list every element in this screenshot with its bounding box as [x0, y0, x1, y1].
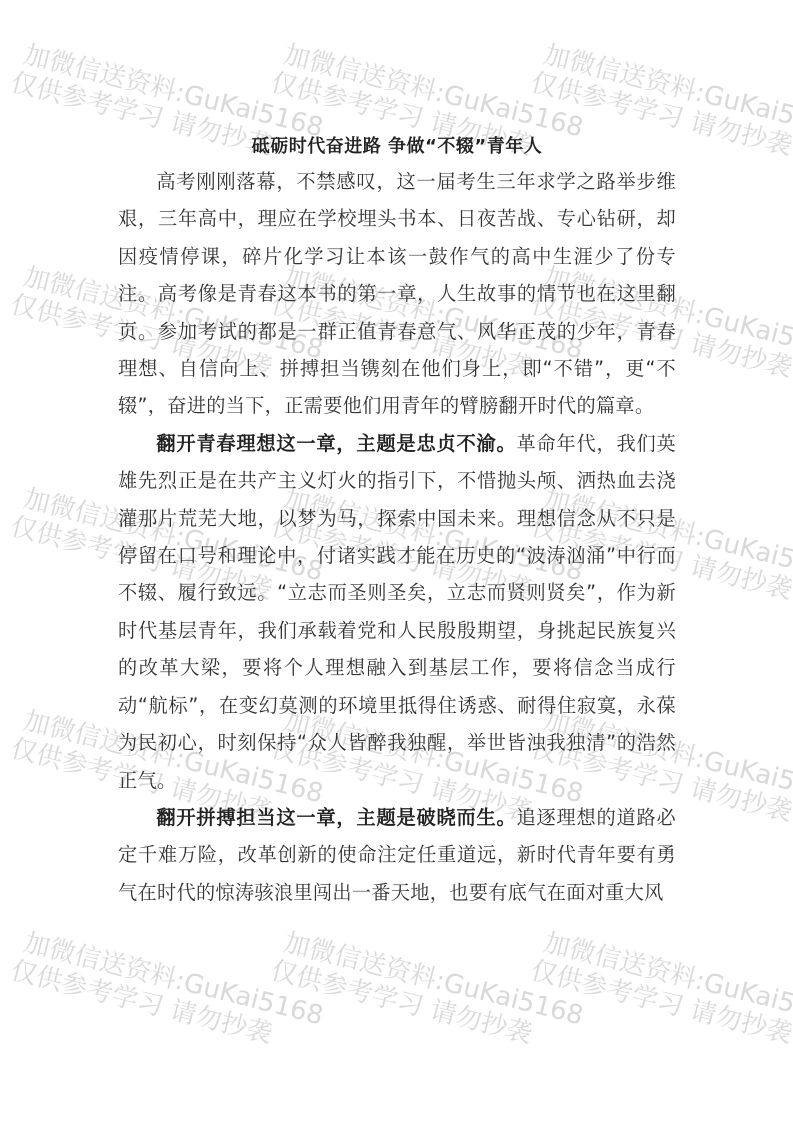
watermark: 加微信送资料:GuKai5168仅供参考学习 请勿抄袭 [273, 928, 586, 1061]
paragraph-striving: 翻开拼搏担当这一章，主题是破晓而生。追逐理想的道路必定千难万险，改革创新的使命注… [118, 799, 676, 911]
paragraph-ideals: 翻开青春理想这一章，主题是忠贞不渝。革命年代，我们英雄先烈正是在共产主义灯火的指… [118, 425, 676, 799]
document-title: 砥砺时代奋进路 争做“不辍”青年人 [118, 131, 676, 163]
paragraph-lead: 翻开拼搏担当这一章，主题是破晓而生。 [156, 806, 516, 829]
paragraph-lead: 翻开青春理想这一章，主题是忠贞不渝。 [156, 432, 516, 455]
document-body: 砥砺时代奋进路 争做“不辍”青年人 高考刚刚落幕，不禁感叹，这一届考生三年求学之… [118, 131, 676, 911]
paragraph-text: 革命年代，我们英雄先烈正是在共产主义灯火的指引下，不惜抛头颅、洒热血去浇灌那片荒… [118, 432, 676, 792]
paragraph-intro: 高考刚刚落幕，不禁感叹，这一届考生三年求学之路举步维艰，三年高中，理应在学校埋头… [118, 163, 676, 425]
watermark: 加微信送资料:GuKai5168仅供参考学习 请勿抄袭 [533, 928, 793, 1061]
document-page: 加微信送资料:GuKai5168仅供参考学习 请勿抄袭 加微信送资料:GuKai… [0, 0, 793, 1122]
watermark: 加微信送资料:GuKai5168仅供参考学习 请勿抄袭 [13, 928, 326, 1061]
paragraph-text: 高考刚刚落幕，不禁感叹，这一届考生三年求学之路举步维艰，三年高中，理应在学校埋头… [118, 170, 676, 417]
